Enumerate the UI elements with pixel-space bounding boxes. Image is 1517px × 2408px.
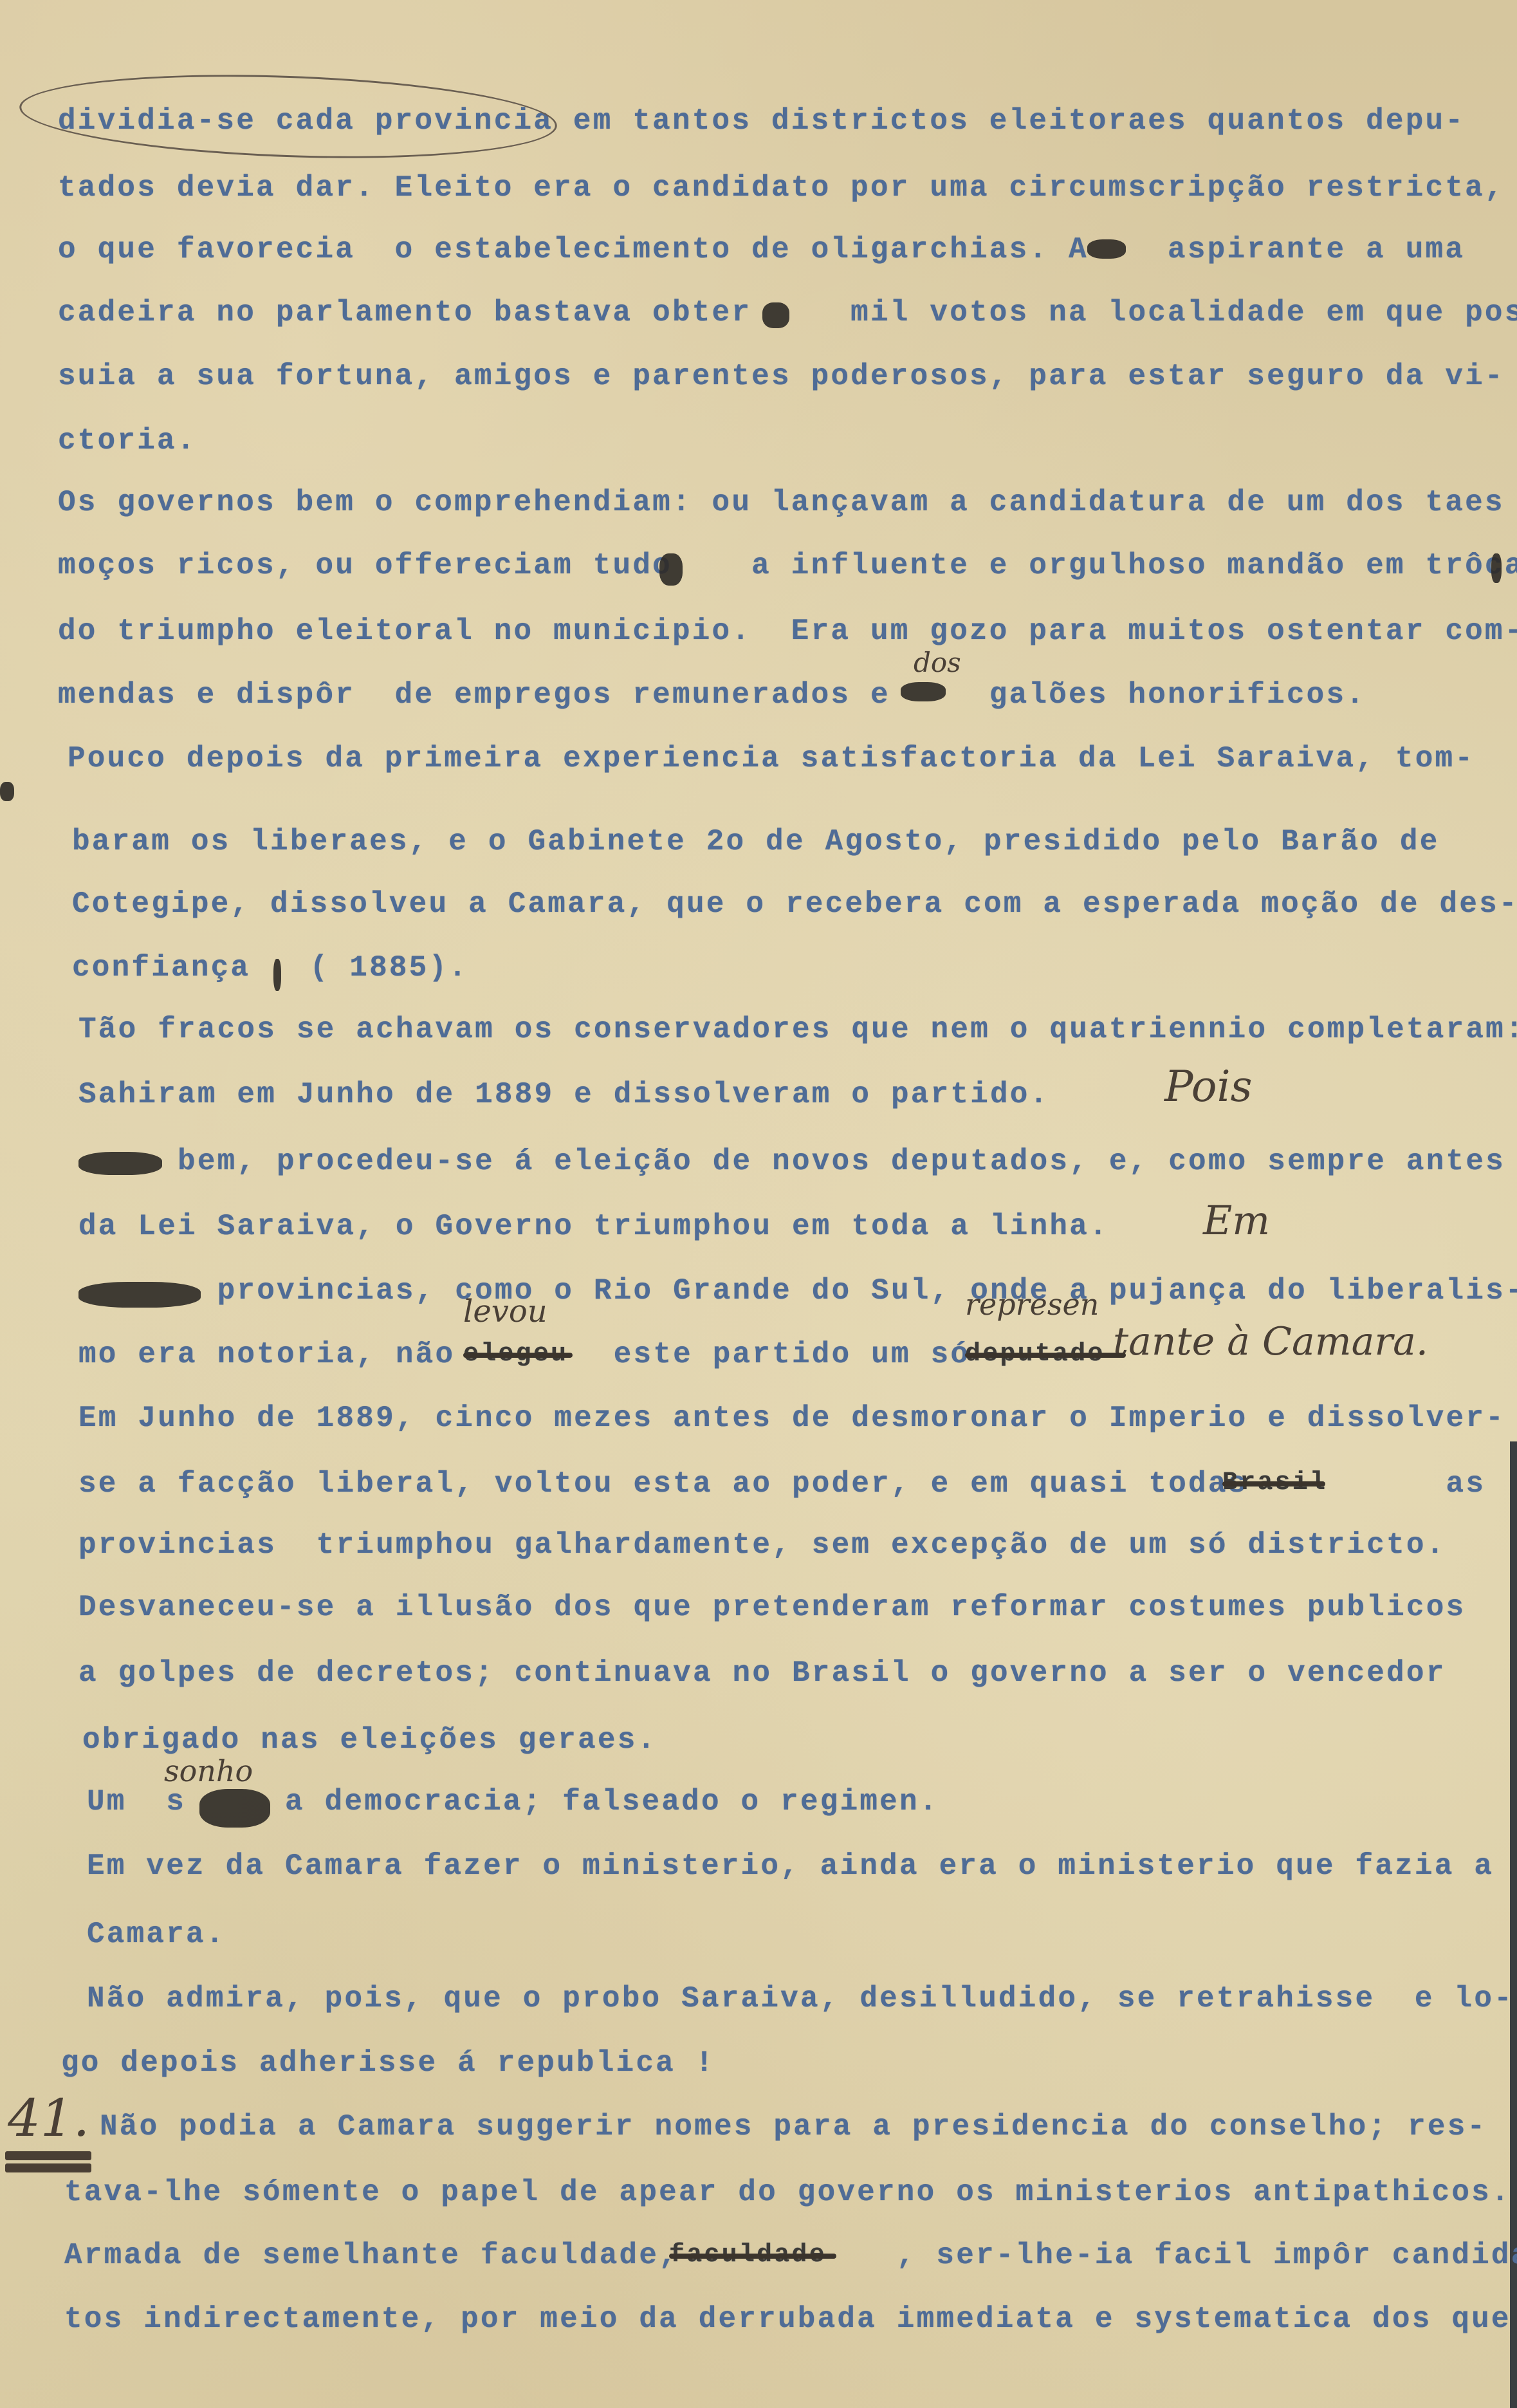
typed-line: o que favorecia o estabelecimento de oli… bbox=[58, 230, 1465, 269]
handwritten-annotation: levou bbox=[463, 1293, 547, 1329]
ink-blot bbox=[1491, 553, 1502, 583]
handwritten-annotation: 41. bbox=[8, 2088, 89, 2148]
typed-line: do triumpho eleitoral no municipio. Era … bbox=[58, 612, 1517, 651]
ink-blot bbox=[78, 1282, 201, 1308]
ink-blot bbox=[199, 1789, 270, 1828]
typed-line: moços ricos, ou offereciam tudo a influe… bbox=[58, 546, 1517, 585]
typed-line: tos indirectamente, por meio da derrubad… bbox=[64, 2300, 1511, 2339]
ink-blot bbox=[1087, 239, 1126, 259]
ink-blot bbox=[78, 1152, 162, 1175]
typed-line: bem, procedeu-se á eleição de novos depu… bbox=[78, 1142, 1505, 1181]
typed-line: Não podia a Camara suggerir nomes para a… bbox=[100, 2107, 1487, 2146]
strike-line bbox=[965, 1353, 1126, 1358]
typed-line: Pouco depois da primeira experiencia sat… bbox=[68, 739, 1475, 778]
typed-line: Sahiram em Junho de 1889 e dissolveram o… bbox=[78, 1075, 1049, 1114]
typed-line: Camara. bbox=[87, 1915, 226, 1954]
handwritten-annotation: Em bbox=[1203, 1197, 1270, 1244]
typed-line: Os governos bem o comprehendiam: ou lanç… bbox=[58, 483, 1505, 522]
ink-blot bbox=[273, 959, 281, 991]
typed-line: Não admira, pois, que o probo Saraiva, d… bbox=[87, 1979, 1514, 2018]
typed-line: baram os liberaes, e o Gabinete 2o de Ag… bbox=[72, 822, 1440, 861]
typed-line: Em vez da Camara fazer o ministerio, ain… bbox=[87, 1847, 1494, 1885]
strike-line bbox=[669, 2254, 836, 2259]
typed-line: go depois adherisse á republica ! bbox=[61, 2044, 715, 2082]
typed-line: Cotegipe, dissolveu a Camara, que o rece… bbox=[72, 885, 1517, 923]
typed-line: da Lei Saraiva, o Governo triumphou em t… bbox=[78, 1207, 1109, 1246]
ink-blot bbox=[901, 682, 946, 701]
handwritten-annotation: Pois bbox=[1164, 1062, 1252, 1111]
typed-line: tados devia dar. Eleito era o candidato … bbox=[58, 169, 1505, 207]
typed-line: Tão fracos se achavam os conservadores q… bbox=[78, 1010, 1517, 1049]
typed-line: tava-lhe sómente o papel de apear do gov… bbox=[64, 2173, 1511, 2212]
strike-line bbox=[463, 1353, 573, 1358]
handwritten-annotation: tante à Camara. bbox=[1113, 1319, 1428, 1364]
typed-line: Em Junho de 1889, cinco mezes antes de d… bbox=[78, 1399, 1505, 1438]
typed-line: confiança ( 1885). bbox=[72, 949, 468, 987]
handwritten-annotation: represen bbox=[965, 1287, 1099, 1322]
typed-line: Desvaneceu-se a illusão dos que pretende… bbox=[78, 1588, 1466, 1627]
typed-line: provincias, como o Rio Grande do Sul, on… bbox=[78, 1272, 1517, 1310]
ink-blot bbox=[762, 302, 789, 328]
handwritten-annotation: sonho bbox=[164, 1754, 253, 1788]
typed-line: ctoria. bbox=[58, 421, 197, 460]
strike-line bbox=[1222, 1481, 1325, 1486]
typed-line: mendas e dispôr de empregos remunerados … bbox=[58, 676, 1366, 714]
ink-blot bbox=[659, 553, 683, 586]
ink-blot bbox=[0, 782, 14, 801]
handwritten-annotation: dos bbox=[914, 647, 961, 678]
typed-line: suia a sua fortuna, amigos e parentes po… bbox=[58, 357, 1505, 396]
page-marker-underline bbox=[5, 2151, 91, 2160]
typed-line: a golpes de decretos; continuava no Bras… bbox=[78, 1654, 1446, 1692]
typed-line: provincias triumphou galhardamente, sem … bbox=[78, 1526, 1446, 1564]
page-marker-underline bbox=[5, 2163, 91, 2172]
